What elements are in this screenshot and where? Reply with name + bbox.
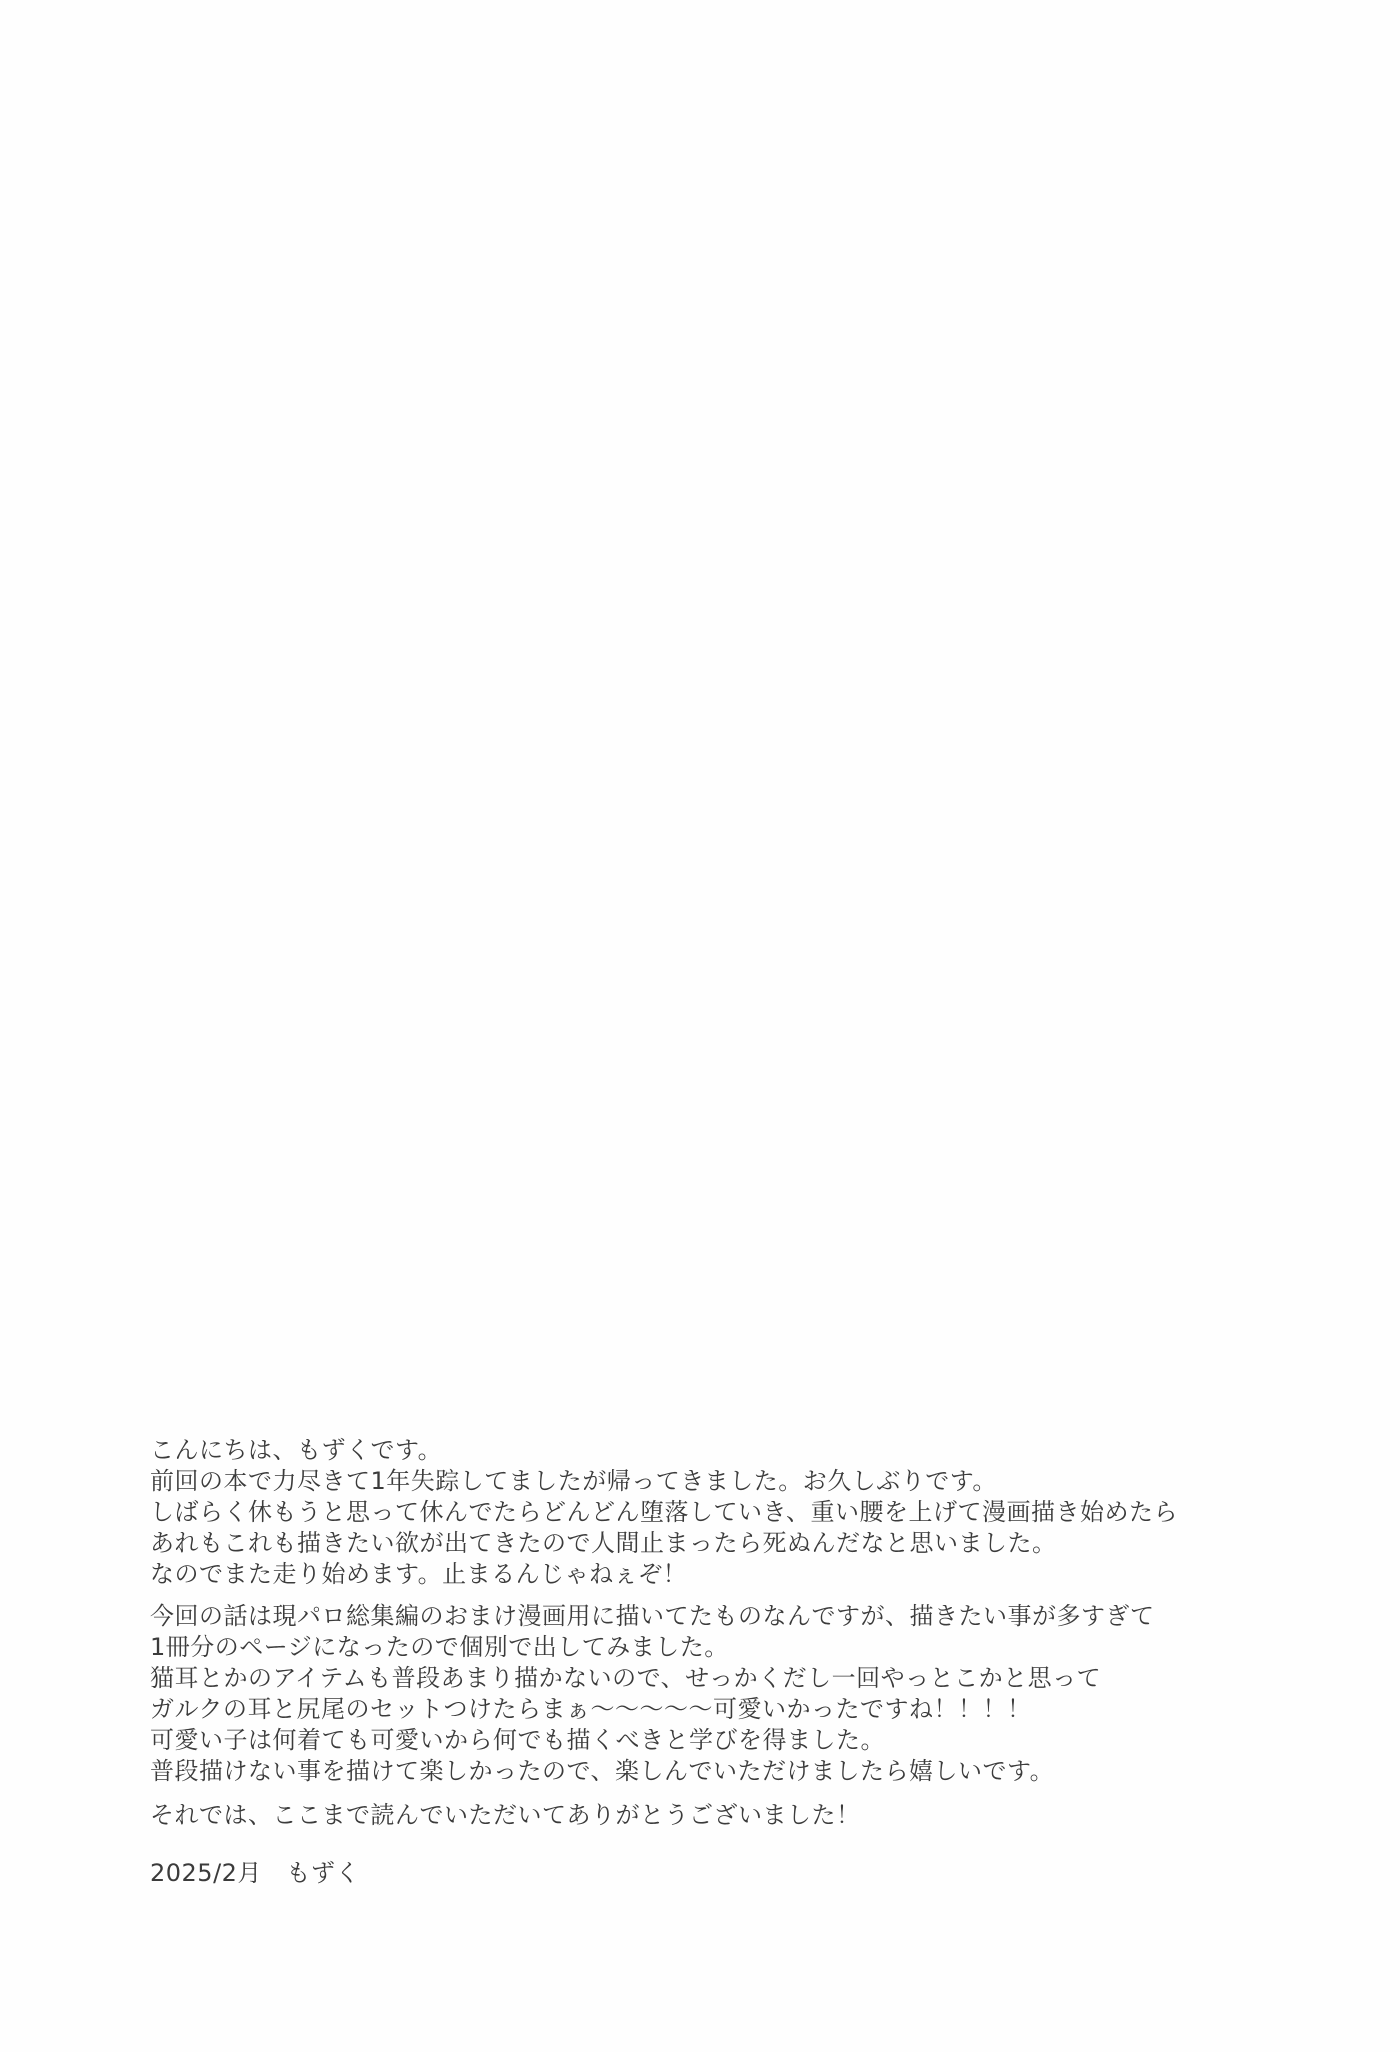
afterword-line: 1冊分のページになったので個別で出してみました。 (150, 1632, 1155, 1663)
afterword-line: 前回の本で力尽きて1年失踪してましたが帰ってきました。お久しぶりです。 (150, 1466, 1178, 1497)
afterword-line: 今回の話は現パロ総集編のおまけ漫画用に描いてたものなんですが、描きたい事が多すぎ… (150, 1601, 1155, 1632)
afterword-line: それでは、ここまで読んでいただいてありがとうございました！ (150, 1800, 861, 1831)
afterword-signature: 2025/2月 もずく (150, 1858, 360, 1889)
afterword-line: しばらく休もうと思って休んでたらどんどん堕落していき、重い腰を上げて漫画描き始め… (150, 1497, 1178, 1528)
afterword-line: ガルクの耳と尻尾のセットつけたらまぁ～～～～～可愛いかったですね！！！！ (150, 1694, 1155, 1725)
afterword-line: なのでまた走り始めます。止まるんじゃねぇぞ！ (150, 1559, 1178, 1590)
afterword-line: 猫耳とかのアイテムも普段あまり描かないので、せっかくだし一回やっとこかと思って (150, 1663, 1155, 1694)
afterword-closing: それでは、ここまで読んでいただいてありがとうございました！ (150, 1800, 861, 1831)
afterword-line: こんにちは、もずくです。 (150, 1435, 1178, 1466)
afterword-paragraph-body: 今回の話は現パロ総集編のおまけ漫画用に描いてたものなんですが、描きたい事が多すぎ… (150, 1601, 1155, 1787)
afterword-line: 可愛い子は何着ても可愛いから何でも描くべきと学びを得ました。 (150, 1725, 1155, 1756)
signature-line: 2025/2月 もずく (150, 1858, 360, 1889)
afterword-line: あれもこれも描きたい欲が出てきたので人間止まったら死ぬんだなと思いました。 (150, 1528, 1178, 1559)
afterword-line: 普段描けない事を描けて楽しかったので、楽しんでいただけましたら嬉しいです。 (150, 1756, 1155, 1787)
afterword-paragraph-greeting: こんにちは、もずくです。 前回の本で力尽きて1年失踪してましたが帰ってきました。… (150, 1435, 1178, 1590)
afterword-page: こんにちは、もずくです。 前回の本で力尽きて1年失踪してましたが帰ってきました。… (0, 0, 1400, 2052)
